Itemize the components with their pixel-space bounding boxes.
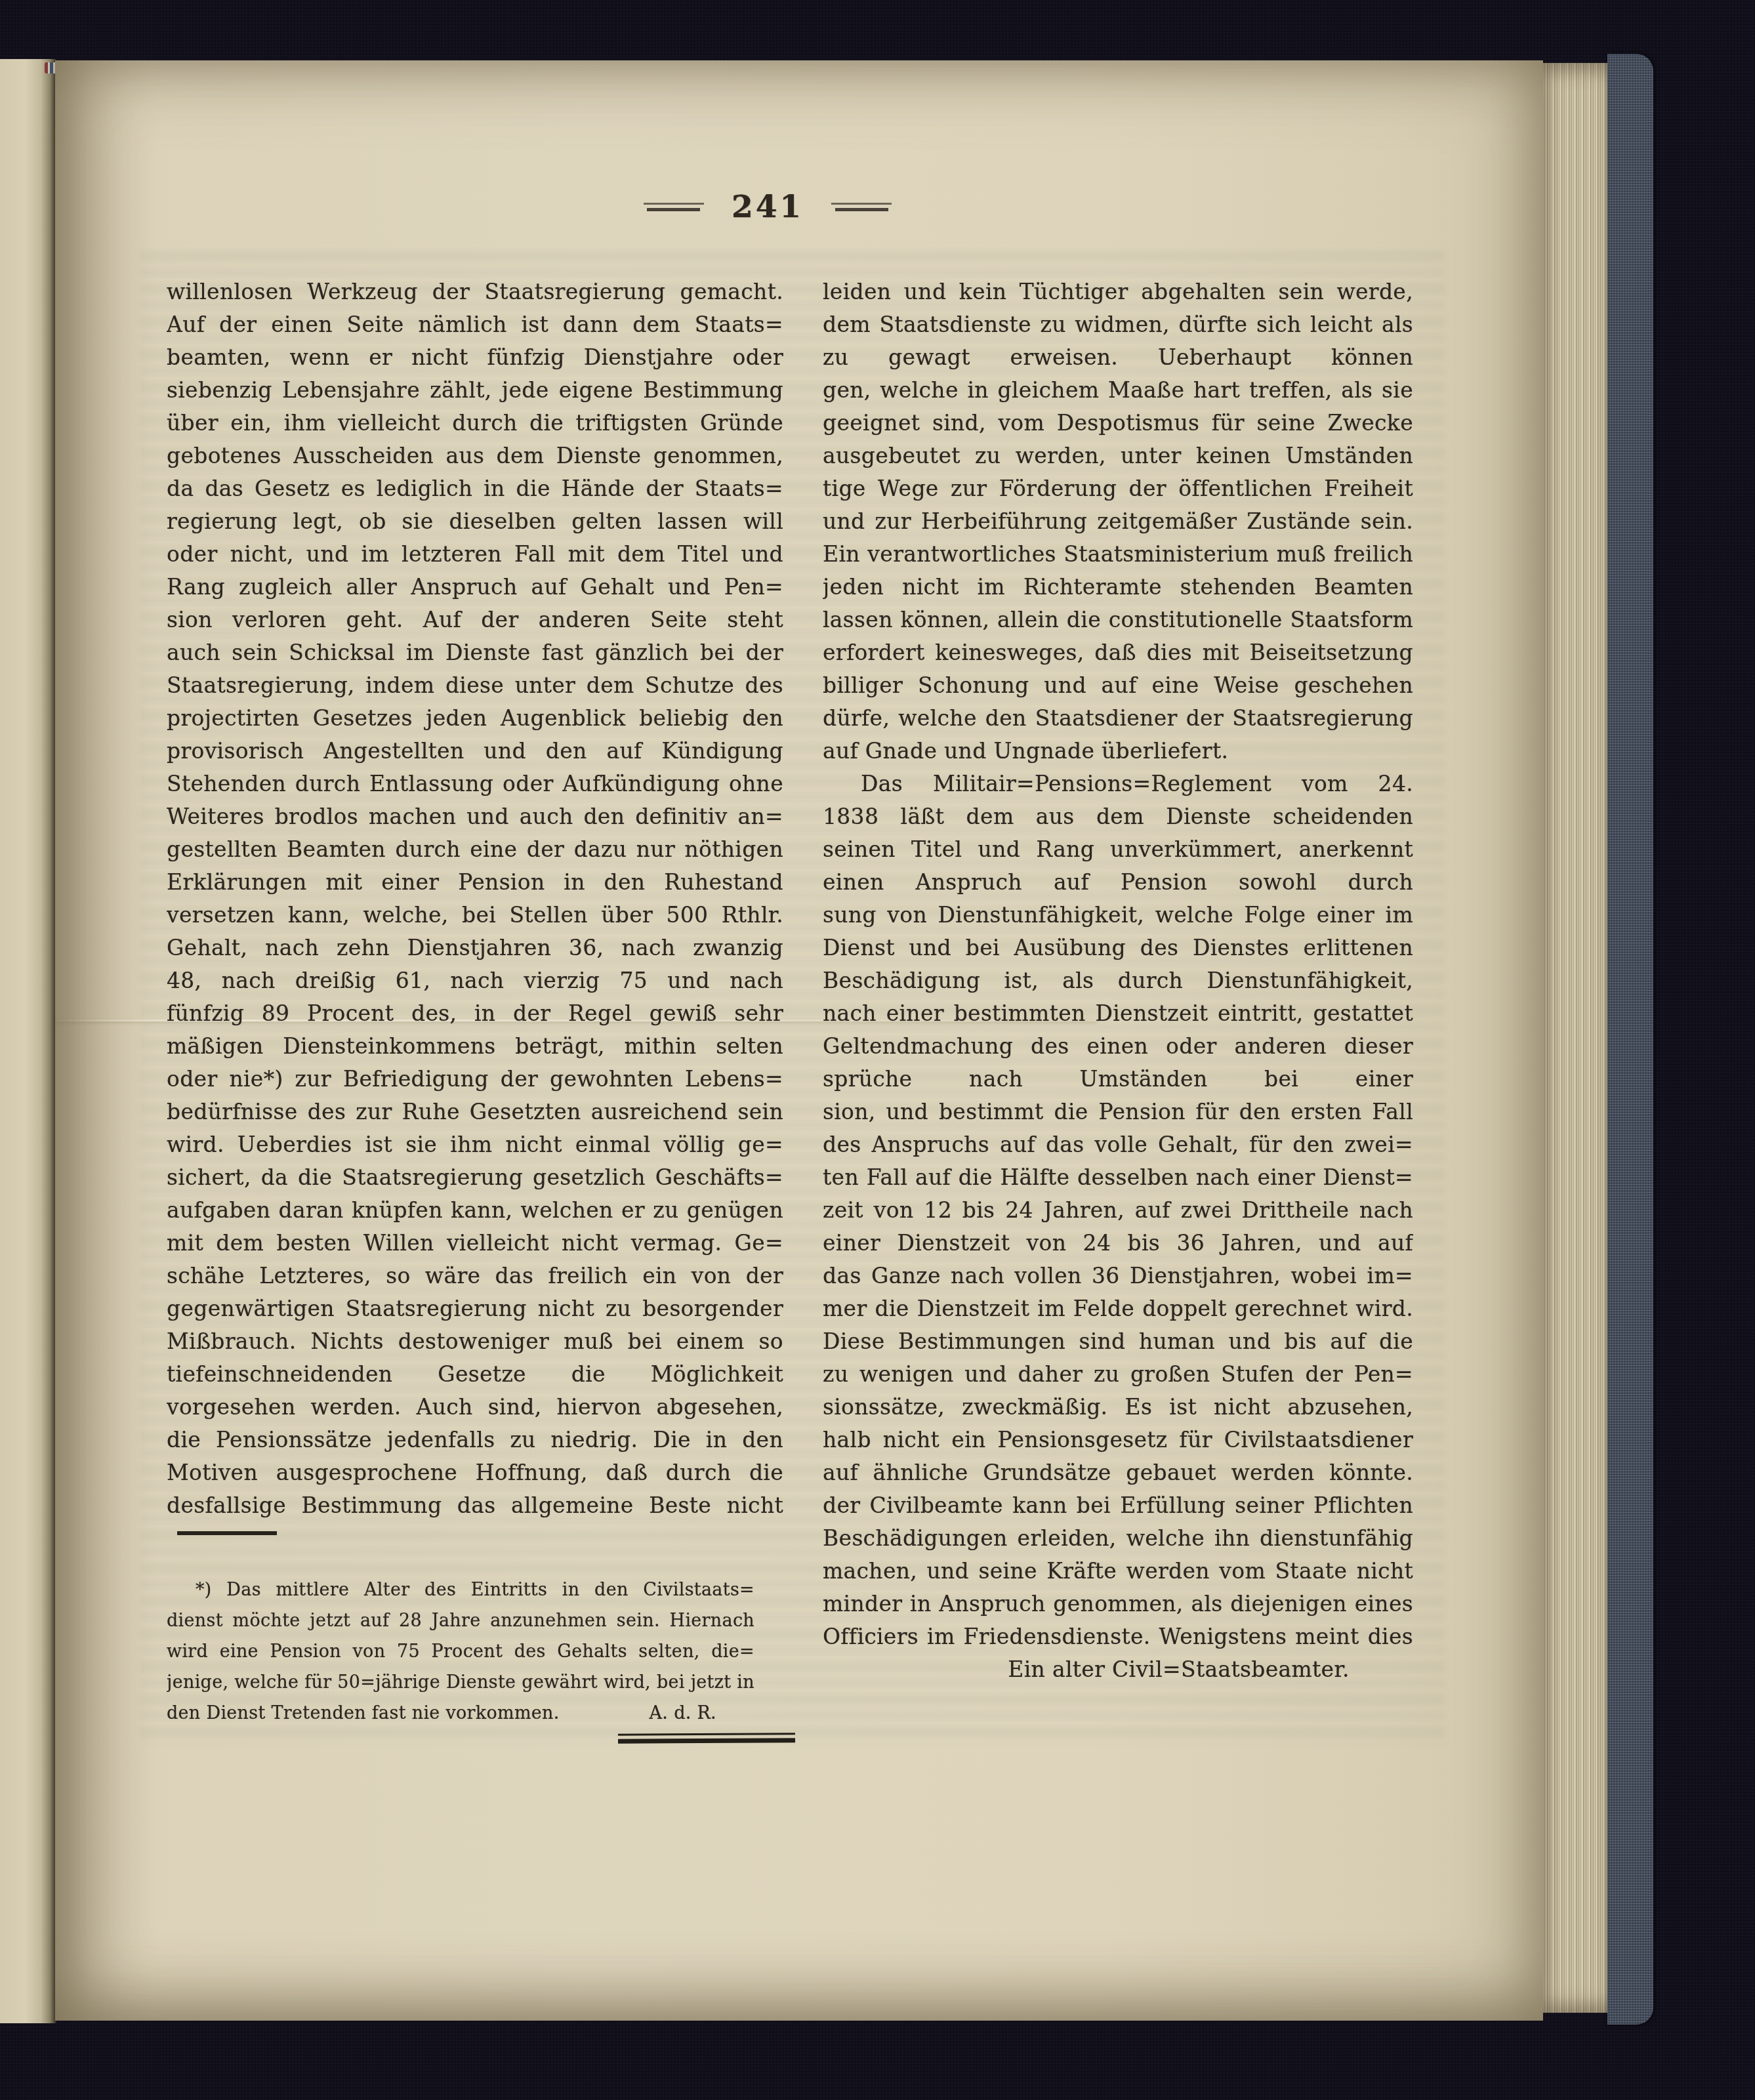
- footnote-credit: A. d. R.: [650, 1698, 716, 1729]
- text-line: mäßigen Diensteinkommens beträgt, mithin…: [167, 1030, 783, 1063]
- text-line: *) Das mittlere Alter des Eintritts in d…: [167, 1575, 754, 1605]
- right-column: leiden und kein Tüchtiger abgehalten sei…: [823, 276, 1413, 1686]
- text-line: versetzen kann, welche, bei Stellen über…: [167, 899, 783, 932]
- text-line: Das Militair=Pensions=Reglement vom 24. …: [823, 768, 1413, 800]
- text-line: oder nicht, und im letzteren Fall mit de…: [167, 538, 783, 571]
- header-rule-left: [644, 203, 704, 211]
- text-line: gestellten Beamten durch eine der dazu n…: [167, 833, 783, 866]
- text-line: auf Gnade und Ungnade überliefert.: [823, 735, 1413, 768]
- text-line: billiger Schonung und auf eine Weise ges…: [823, 669, 1413, 702]
- text-line: gen, welche in gleichem Maaße hart treff…: [823, 374, 1413, 407]
- text-line: ausgebeutet zu werden, unter keinen Umst…: [823, 440, 1413, 472]
- text-line: Stehenden durch Entlassung oder Aufkündi…: [167, 768, 783, 800]
- book-cover: [1607, 54, 1653, 2025]
- text-line: mit dem besten Willen vielleicht nicht v…: [167, 1227, 783, 1260]
- text-line: bedürfnisse des zur Ruhe Gesetzten ausre…: [167, 1096, 783, 1128]
- text-line: gebotenes Ausscheiden aus dem Dienste ge…: [167, 440, 783, 472]
- text-line: Beschädigungen erleiden, welche ihn dien…: [823, 1522, 1413, 1555]
- text-line: leiden und kein Tüchtiger abgehalten sei…: [823, 276, 1413, 308]
- text-line: provisorisch Angestellten und den auf Kü…: [167, 735, 783, 768]
- text-line: einen Anspruch auf Pension sowohl durch …: [823, 866, 1413, 899]
- text-line: schähe Letzteres, so wäre das freilich e…: [167, 1260, 783, 1292]
- text-line: 1838 läßt dem aus dem Dienste scheidende…: [823, 800, 1413, 833]
- page-header: 241: [24, 189, 1512, 225]
- text-line: desfallsige Bestimmung das allgemeine Be…: [167, 1489, 783, 1522]
- text-line: seinen Titel und Rang unverkümmert, aner…: [823, 833, 1413, 866]
- text-line: lassen können, allein die constitutionel…: [823, 604, 1413, 636]
- text-line: sion, und bestimmt die Pension für den e…: [823, 1096, 1413, 1128]
- text-line: beamten, wenn er nicht fünfzig Dienstjah…: [167, 341, 783, 374]
- text-line: Staatsregierung, indem diese unter dem S…: [167, 669, 783, 702]
- book-page: 241 willenlosen Werkzeug der Staatsregie…: [55, 60, 1543, 2021]
- text-line: willenlosen Werkzeug der Staatsregierung…: [167, 276, 783, 308]
- text-line: Motiven ausgesprochene Hoffnung, daß dur…: [167, 1456, 783, 1489]
- text-line: halb nicht ein Pensionsgesetz für Civils…: [823, 1424, 1413, 1456]
- text-line: die Pensionssätze jedenfalls zu niedrig.…: [167, 1424, 783, 1456]
- text-line: Mißbrauch. Nichts destoweniger muß bei e…: [167, 1325, 783, 1358]
- text-line: Rang zugleich aller Anspruch auf Gehalt …: [167, 571, 783, 604]
- text-line: machen, und seine Kräfte werden vom Staa…: [823, 1555, 1413, 1588]
- closing-rule: [618, 1733, 795, 1743]
- text-line: zeit von 12 bis 24 Jahren, auf zwei Drit…: [823, 1194, 1413, 1227]
- text-line: 48, nach dreißig 61, nach vierzig 75 und…: [167, 964, 783, 997]
- text-line: dienst möchte jetzt auf 28 Jahre anzuneh…: [167, 1605, 754, 1636]
- text-line: zu gewagt erweisen. Ueberhaupt können Ei…: [823, 341, 1413, 374]
- text-line: jenige, welche für 50=jährige Dienste ge…: [167, 1667, 754, 1698]
- scanned-book-photo: { "header": { "page_number": "241" }, "c…: [0, 0, 1755, 2100]
- text-line: gegenwärtigen Staatsregierung nicht zu b…: [167, 1292, 783, 1325]
- text-line: Officiers im Friedensdienste. Wenigstens…: [823, 1620, 1413, 1653]
- text-line: sprüche nach Umständen bei einer Prüfung…: [823, 1063, 1413, 1096]
- header-rule-right: [831, 203, 892, 211]
- text-line: siebenzig Lebensjahre zählt, jede eigene…: [167, 374, 783, 407]
- text-line: erfordert keinesweges, daß dies mit Beis…: [823, 636, 1413, 669]
- text-line: aufgaben daran knüpfen kann, welchen er …: [167, 1194, 783, 1227]
- text-line: dürfe, welche den Staatsdiener der Staat…: [823, 702, 1413, 735]
- text-line: den Dienst Tretenden fast nie vorkommen.…: [167, 1698, 754, 1729]
- text-line: tiefeinschneidenden Gesetze die Möglichk…: [167, 1358, 783, 1391]
- text-line: zu wenigen und daher zu großen Stufen de…: [823, 1358, 1413, 1391]
- page-number: 241: [732, 189, 804, 225]
- text-line: geeignet sind, vom Despotismus für seine…: [823, 407, 1413, 440]
- text-line: sion verloren geht. Auf der anderen Seit…: [167, 604, 783, 636]
- text-line: projectirten Gesetzes jeden Augenblick b…: [167, 702, 783, 735]
- text-line: vorgesehen werden. Auch sind, hiervon ab…: [167, 1391, 783, 1424]
- facing-page-edge: [0, 59, 56, 2023]
- text-line: Dienst und bei Ausübung des Dienstes erl…: [823, 932, 1413, 964]
- text-line: Auf der einen Seite nämlich ist dann dem…: [167, 308, 783, 341]
- footnote-rule: [177, 1531, 277, 1535]
- text-line: ten Fall auf die Hälfte desselben nach e…: [823, 1161, 1413, 1194]
- text-line: Ein alter Civil=Staatsbeamter.: [823, 1653, 1413, 1686]
- footnote: *) Das mittlere Alter des Eintritts in d…: [167, 1575, 754, 1729]
- text-line: jeden nicht im Richteramte stehenden Bea…: [823, 571, 1413, 604]
- text-line: das Ganze nach vollen 36 Dienstjahren, w…: [823, 1260, 1413, 1292]
- text-line: auch sein Schicksal im Dienste fast gänz…: [167, 636, 783, 669]
- text-line: regierung legt, ob sie dieselben gelten …: [167, 505, 783, 538]
- text-line: sionssätze, zweckmäßig. Es ist nicht abz…: [823, 1391, 1413, 1424]
- text-line: Diese Bestimmungen sind human und bis au…: [823, 1325, 1413, 1358]
- footnote-text: den Dienst Tretenden fast nie vorkommen.: [167, 1698, 560, 1729]
- text-line: und zur Herbeiführung zeitgemäßer Zustän…: [823, 505, 1413, 538]
- text-line: Erklärungen mit einer Pension in den Ruh…: [167, 866, 783, 899]
- text-line: dem Staatsdienste zu widmen, dürfte sich…: [823, 308, 1413, 341]
- text-line: Geltendmachung des einen oder anderen di…: [823, 1030, 1413, 1063]
- text-line: fünfzig 89 Procent des, in der Regel gew…: [167, 997, 783, 1030]
- text-line: über ein, ihm vielleicht durch die trift…: [167, 407, 783, 440]
- text-line: tige Wege zur Förderung der öffentlichen…: [823, 472, 1413, 505]
- left-column: willenlosen Werkzeug der Staatsregierung…: [167, 276, 783, 1522]
- text-line: minder in Anspruch genommen, als diejeni…: [823, 1588, 1413, 1620]
- text-line: wird. Ueberdies ist sie ihm nicht einmal…: [167, 1128, 783, 1161]
- text-line: Ein verantwortliches Staatsministerium m…: [823, 538, 1413, 571]
- text-line: da das Gesetz es lediglich in die Hände …: [167, 472, 783, 505]
- text-line: mer die Dienstzeit im Felde doppelt gere…: [823, 1292, 1413, 1325]
- text-line: der Civilbeamte kann bei Erfüllung seine…: [823, 1489, 1413, 1522]
- text-line: des Anspruchs auf das volle Gehalt, für …: [823, 1128, 1413, 1161]
- text-line: wird eine Pension von 75 Procent des Geh…: [167, 1636, 754, 1667]
- text-line: nach einer bestimmten Dienstzeit eintrit…: [823, 997, 1413, 1030]
- text-line: oder nie*) zur Befriedigung der gewohnte…: [167, 1063, 783, 1096]
- text-line: Gehalt, nach zehn Dienstjahren 36, nach …: [167, 932, 783, 964]
- text-line: Beschädigung ist, als durch Dienstunfähi…: [823, 964, 1413, 997]
- text-line: sichert, da die Staatsregierung gesetzli…: [167, 1161, 783, 1194]
- text-line: sung von Dienstunfähigkeit, welche Folge…: [823, 899, 1413, 932]
- text-line: Weiteres brodlos machen und auch den def…: [167, 800, 783, 833]
- text-line: einer Dienstzeit von 24 bis 36 Jahren, u…: [823, 1227, 1413, 1260]
- text-line: auf ähnliche Grundsätze gebauet werden k…: [823, 1456, 1413, 1489]
- page-fore-edge: [1543, 63, 1613, 2013]
